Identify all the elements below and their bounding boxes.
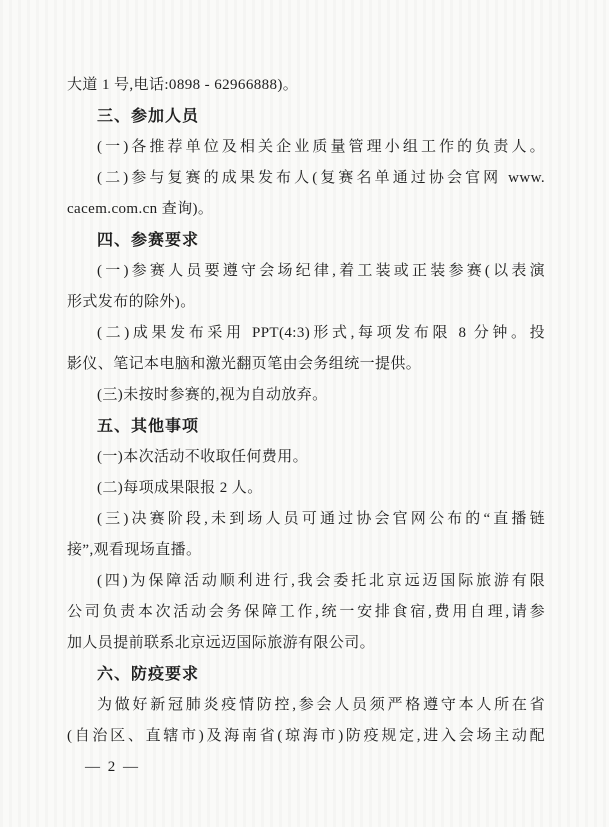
text-line: (二)每项成果限报 2 人。 (67, 473, 545, 504)
text-line: 为做好新冠肺炎疫情防控,参会人员须严格遵守本人所在省 (67, 690, 545, 721)
text-line: 大道 1 号,电话:0898 - 62966888)。 (67, 70, 545, 101)
text-line: 影仪、笔记本电脑和激光翻页笔由会务组统一提供。 (67, 349, 545, 380)
text-body: 大道 1 号,电话:0898 - 62966888)。三、参加人员(一)各推荐单… (67, 70, 545, 752)
text-line: 公司负责本次活动会务保障工作,统一安排食宿,费用自理,请参 (67, 597, 545, 628)
text-line: 加人员提前联系北京远迈国际旅游有限公司。 (67, 628, 545, 659)
text-line: (二)成果发布采用 PPT(4:3)形式,每项发布限 8 分钟。投 (67, 318, 545, 349)
text-line: (三)未按时参赛的,视为自动放弃。 (67, 380, 545, 411)
text-line: 形式发布的除外)。 (67, 287, 545, 318)
text-line: (一)参赛人员要遵守会场纪律,着工装或正装参赛(以表演 (67, 256, 545, 287)
text-line: (自治区、直辖市)及海南省(琼海市)防疫规定,进入会场主动配 (67, 721, 545, 752)
text-line: cacem.com.cn 查询)。 (67, 194, 545, 225)
text-line: (三)决赛阶段,未到场人员可通过协会官网公布的“直播链 (67, 504, 545, 535)
section-heading: 六、防疫要求 (67, 659, 545, 690)
document-page: 大道 1 号,电话:0898 - 62966888)。三、参加人员(一)各推荐单… (0, 0, 609, 827)
section-heading: 四、参赛要求 (67, 225, 545, 256)
section-heading: 五、其他事项 (67, 411, 545, 442)
text-line: (一)各推荐单位及相关企业质量管理小组工作的负责人。 (67, 132, 545, 163)
text-line: (二)参与复赛的成果发布人(复赛名单通过协会官网 www. (67, 163, 545, 194)
text-line: 接”,观看现场直播。 (67, 535, 545, 566)
section-heading: 三、参加人员 (67, 101, 545, 132)
text-line: (四)为保障活动顺利进行,我会委托北京远迈国际旅游有限 (67, 566, 545, 597)
text-line: (一)本次活动不收取任何费用。 (67, 442, 545, 473)
page-number: — 2 — (85, 752, 140, 783)
